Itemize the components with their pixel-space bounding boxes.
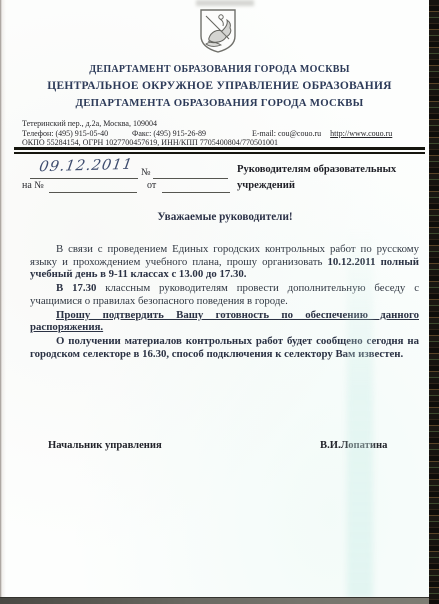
fax-value: (495) 915-26-89 <box>153 129 206 138</box>
scan-edge-right <box>429 0 439 604</box>
scan-edge-left <box>0 0 6 598</box>
paragraph-3-underlined-text: Прошу подтвердить Вашу готовность по обе… <box>30 309 419 334</box>
email-value: cou@couo.ru <box>278 129 321 138</box>
email-label: E-mail: <box>252 129 276 138</box>
reply-blank-line <box>49 181 137 193</box>
paragraph-2: В 17.30 классным руководителям провести … <box>30 282 419 307</box>
salutation: Уважаемые руководители! <box>30 211 420 223</box>
paragraph-1: В связи с проведением Единых городских к… <box>30 243 419 281</box>
paragraph-3: Прошу подтвердить Вашу готовность по обе… <box>30 309 419 334</box>
contact-line: Телефон: (495) 915-05-40 Факс: (495) 915… <box>22 129 424 139</box>
signer-name: В.И.Лопатина <box>320 440 387 451</box>
addressee-block: Руководителям образовательных учреждений <box>237 162 423 193</box>
postal-address: Тетеринский пер., д.2а, Москва, 109004 <box>22 119 424 129</box>
addressee-line-2: учреждений <box>237 178 423 194</box>
org-line-2: ЦЕНТРАЛЬНОЕ ОКРУЖНОЕ УПРАВЛЕНИЕ ОБРАЗОВА… <box>10 78 429 95</box>
from-blank-line <box>162 181 230 193</box>
fax-field: Факс: (495) 915-26-89 <box>132 129 250 139</box>
date-blank-line <box>30 167 138 179</box>
website-link: http://www.couo.ru <box>330 129 392 138</box>
paragraph-4: О получении материалов контрольных работ… <box>30 335 419 360</box>
phone-value: (495) 915-05-40 <box>55 129 108 138</box>
paragraph-2-bold-text: В 17.30 <box>56 282 96 294</box>
scanned-letter-page: ДЕПАРТАМЕНТ ОБРАЗОВАНИЯ ГОРОДА МОСКВЫ ЦЕ… <box>0 0 439 604</box>
fax-label: Факс: <box>132 129 151 138</box>
contact-block: Тетеринский пер., д.2а, Москва, 109004 Т… <box>22 119 424 148</box>
letterhead: ДЕПАРТАМЕНТ ОБРАЗОВАНИЯ ГОРОДА МОСКВЫ ЦЕ… <box>10 62 429 112</box>
org-line-3: ДЕПАРТАМЕНТА ОБРАЗОВАНИЯ ГОРОДА МОСКВЫ <box>10 95 429 112</box>
phone-label: Телефон: <box>22 129 53 138</box>
scan-edge-bottom <box>0 597 430 604</box>
addressee-line-1: Руководителям образовательных <box>237 162 423 178</box>
scan-smudge <box>196 0 254 6</box>
email-field: E-mail: cou@couo.ru <box>252 129 321 139</box>
number-label: № <box>141 167 151 178</box>
number-blank-line <box>153 167 228 179</box>
phone-field: Телефон: (495) 915-05-40 <box>22 129 130 139</box>
reply-to-label: на № <box>22 180 44 191</box>
org-line-1: ДЕПАРТАМЕНТ ОБРАЗОВАНИЯ ГОРОДА МОСКВЫ <box>10 62 429 78</box>
from-label: от <box>147 180 156 191</box>
letter-body: В связи с проведением Единых городских к… <box>30 243 419 361</box>
letterhead-divider <box>14 147 425 154</box>
moscow-coat-of-arms-icon <box>196 8 240 54</box>
signer-title: Начальник управления <box>48 440 162 451</box>
